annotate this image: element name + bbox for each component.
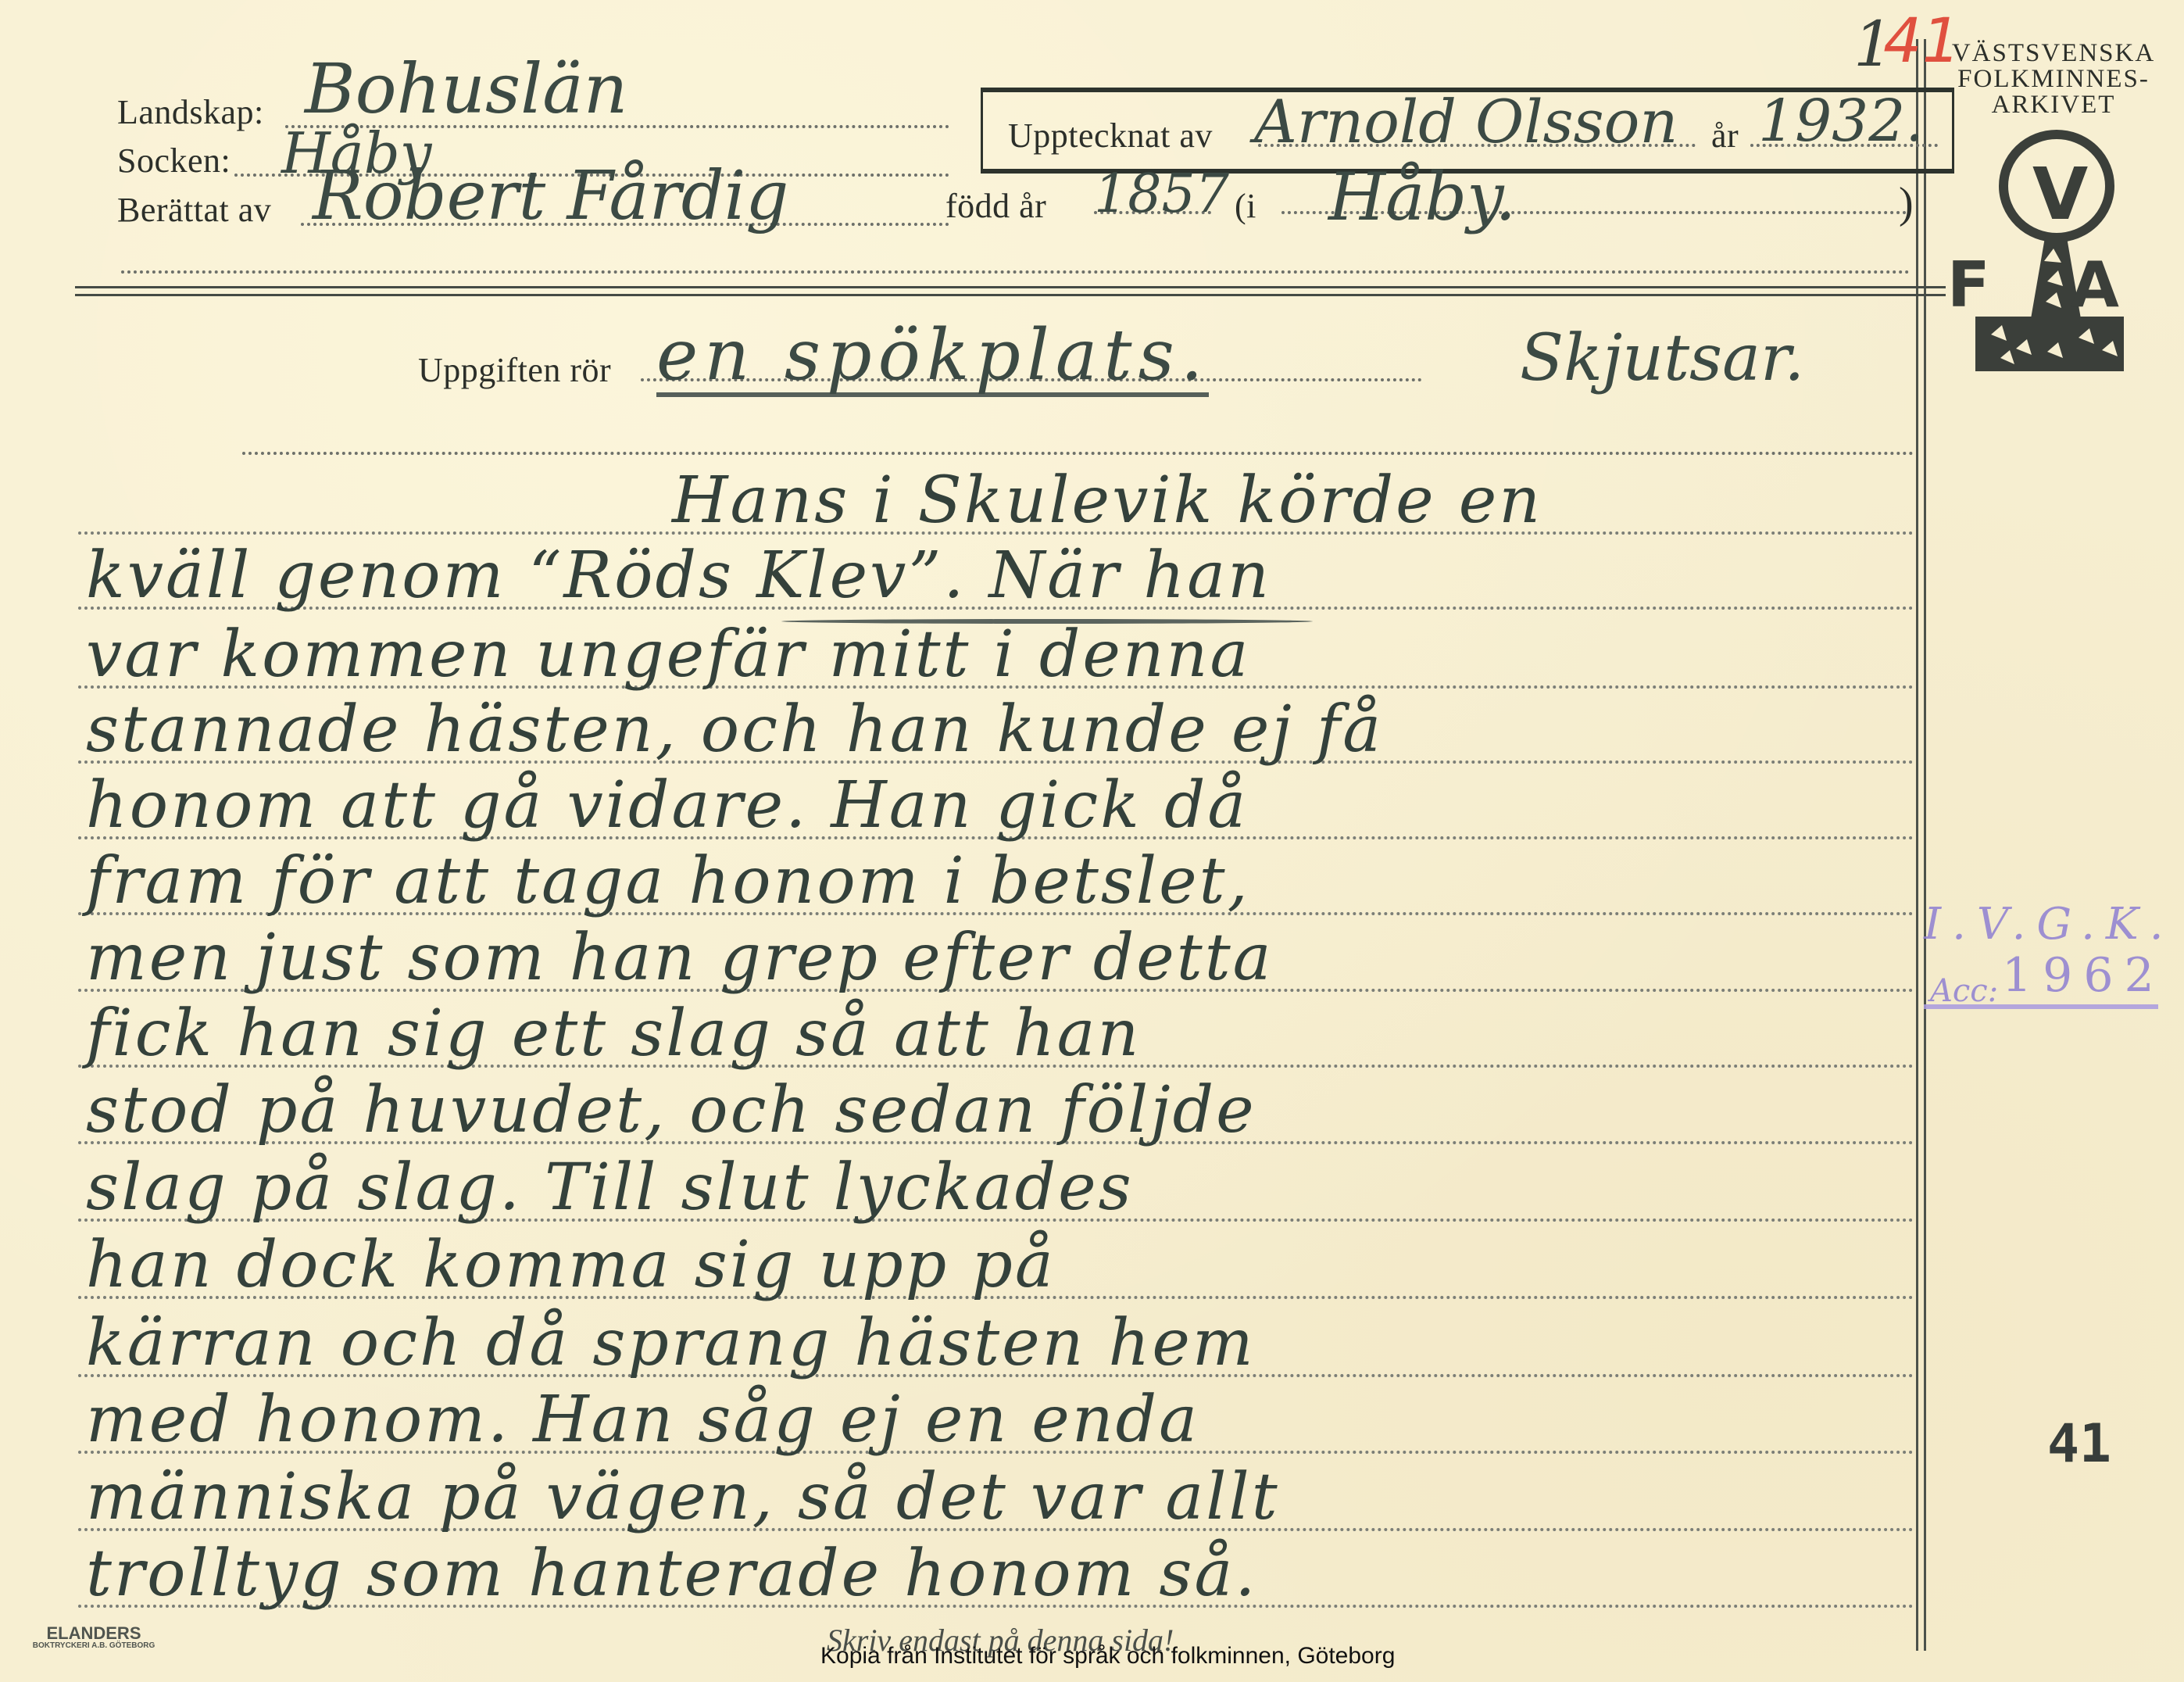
stamp-accession: Acc: 1962 — [1924, 950, 2158, 1009]
header-rule-top — [75, 286, 1946, 288]
body-line-8: fick han sig ett slag så att han — [86, 1002, 1141, 1066]
archive-name-line2: FOLKMINNES- — [1936, 66, 2171, 92]
fodd-place-close: ) — [1899, 178, 1914, 228]
fodd-place-open: (i — [1235, 186, 1256, 226]
fodd-place-value: Håby. — [1328, 164, 1516, 230]
archive-name-line3: ARKIVET — [1936, 92, 2171, 118]
body-line-11: han dock komma sig upp på — [86, 1233, 1056, 1297]
logo-letter-v: V — [2032, 152, 2088, 236]
body-line-12: kärran och då sprang hästen hem — [86, 1312, 1256, 1376]
archive-name: VÄSTSVENSKA FOLKMINNES- ARKIVET — [1936, 41, 2171, 118]
berattat-value: Robert Fårdig — [313, 163, 788, 230]
berattat-label: Berättat av — [117, 190, 271, 230]
body-line-6: fram för att taga honom i betslet, — [86, 850, 1250, 914]
page-number: 41 — [2047, 1413, 2111, 1475]
body-line-14: människa på vägen, så det var allt — [86, 1465, 1280, 1530]
stamp-prefix: Acc: — [1930, 973, 1998, 1009]
logo-letter-a: A — [2071, 249, 2119, 321]
uppgiften-value: en spökplats. — [656, 320, 1209, 397]
fodd-value: 1857 — [1094, 168, 1229, 221]
landskap-value: Bohuslän — [305, 55, 627, 123]
archive-name-line1: VÄSTSVENSKA — [1936, 41, 2171, 66]
uppgiften-blank-line — [242, 452, 1914, 455]
body-line-10: slag på slag. Till slut lyckades — [86, 1156, 1134, 1220]
ar-label: år — [1711, 116, 1739, 156]
copy-notice: Kopia från Institutet för språk och folk… — [820, 1643, 1395, 1669]
uppgiften-label: Uppgiften rör — [418, 350, 611, 390]
header-blank-line — [121, 270, 1911, 274]
body-line-15: trolltyg som hanterade honom så. — [86, 1542, 1257, 1606]
logo-letter-f: F — [1947, 249, 1990, 321]
margin-divider-left — [1916, 39, 1918, 1651]
ar-value: 1932. — [1758, 92, 1924, 150]
body-line-2: kväll genom “Röds Klev”. När han — [86, 544, 1271, 608]
accession-stamp: I.V.G.K. Acc: 1962 — [1924, 899, 2182, 1009]
upptecknat-label: Upptecknat av — [1008, 116, 1213, 156]
stamp-institution: I.V.G.K. — [1924, 899, 2182, 950]
upptecknat-value: Arnold Olsson — [1254, 92, 1678, 152]
socken-label: Socken: — [117, 141, 231, 181]
body-line-5: honom att gå vidare. Han gick då — [86, 774, 1248, 838]
header-rule-bottom — [75, 294, 1946, 296]
body-line-3: var kommen ungefär mitt i denna — [86, 623, 1250, 687]
printer-name: ELANDERS — [31, 1624, 156, 1642]
printer-imprint: ELANDERS BOKTRYCKERI A.B. GÖTEBORG — [31, 1624, 156, 1651]
fodd-label: född år — [945, 186, 1046, 226]
archive-form-page: Landskap: Bohuslän Socken: Håby Berättat… — [0, 0, 2184, 1682]
body-line-7: men just som han grep efter detta — [86, 926, 1274, 990]
body-line-13: med honom. Han såg ej en enda — [86, 1388, 1199, 1452]
stamp-year: 1962 — [2002, 948, 2165, 1003]
uppgiften-extra: Skjutsar. — [1520, 327, 1804, 391]
printer-address: BOKTRYCKERI A.B. GÖTEBORG — [31, 1642, 156, 1651]
body-line-9: stod på huvudet, och sedan följde — [86, 1079, 1256, 1143]
body-line-1: Hans i Skulevik körde en — [672, 469, 1542, 533]
margin-divider-right — [1924, 39, 1926, 1651]
landskap-label: Landskap: — [117, 92, 264, 132]
body-line-4: stannade hästen, och han kunde ej få — [86, 698, 1383, 762]
